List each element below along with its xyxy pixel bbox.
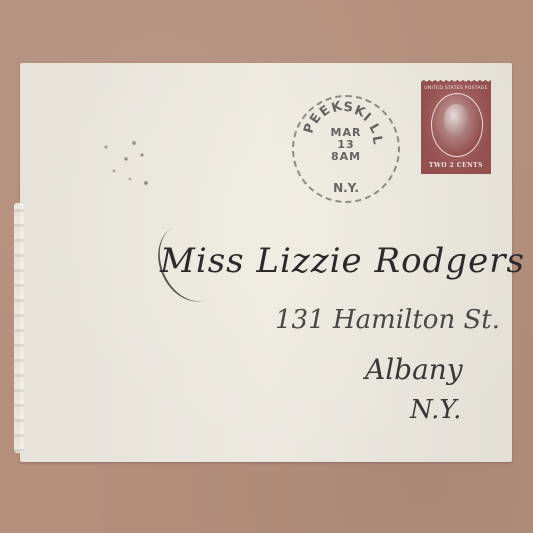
postmark-state: N.Y. <box>294 181 398 195</box>
postmark-time: 8AM <box>294 151 398 163</box>
postage-stamp: UNITED STATES POSTAGE TWO 2 CENTS <box>421 80 491 174</box>
recipient-name: Miss Lizzie Rodgers <box>160 241 525 281</box>
recipient-street: 131 Hamilton St. <box>275 305 500 335</box>
recipient-city: Albany <box>365 353 463 386</box>
postmark-date: MAR 13 8AM <box>294 127 398 163</box>
stamp-denomination: TWO 2 CENTS <box>421 162 491 169</box>
stamp-top-text: UNITED STATES POSTAGE <box>421 86 491 91</box>
ink-smudge <box>90 123 170 203</box>
recipient-state: N.Y. <box>410 395 461 425</box>
postmark-town-letter: S <box>343 100 353 115</box>
postmark: PEEKSKILL MAR 13 8AM N.Y. <box>292 95 400 203</box>
stamp-portrait-frame <box>431 93 483 157</box>
washington-portrait-icon <box>444 104 468 136</box>
envelope: PEEKSKILL MAR 13 8AM N.Y. UNITED STATES … <box>20 63 512 462</box>
torn-left-edge <box>14 203 24 453</box>
